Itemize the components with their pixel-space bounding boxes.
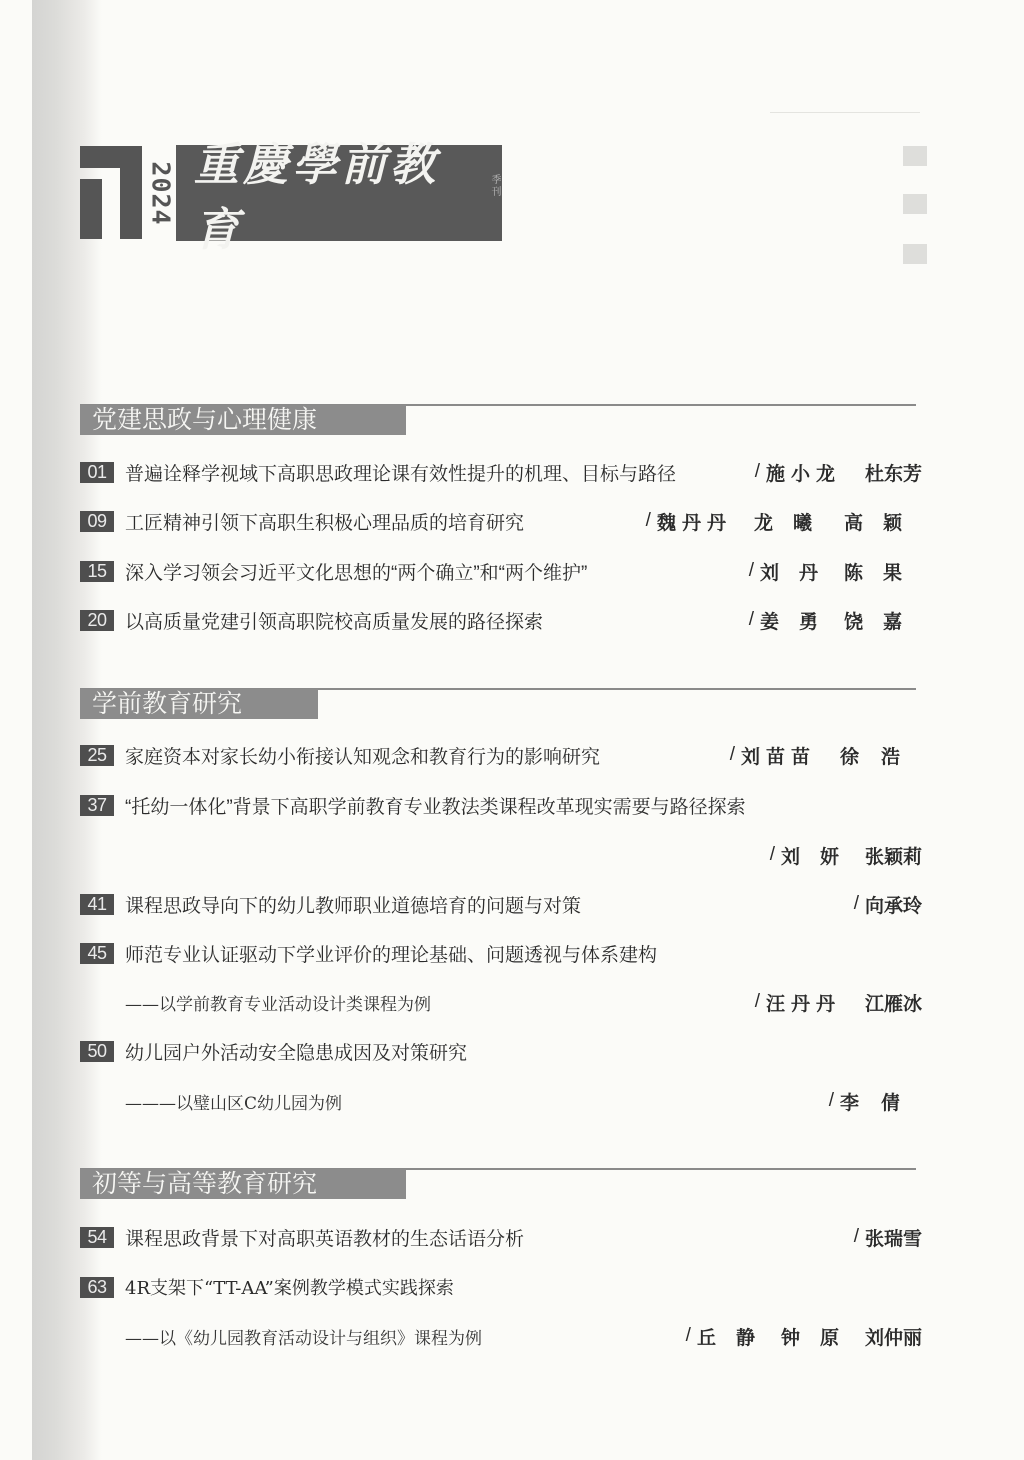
toc-entry-authors: / 刘妍 张颖莉	[80, 840, 922, 870]
ghost-mark	[903, 244, 927, 264]
author: 陈果	[844, 558, 922, 585]
page-number-badge: 50	[80, 1041, 114, 1062]
author-separator: /	[755, 991, 760, 1013]
article-title: “托幼一体化”背景下高职学前教育专业教法类课程改革现实需要与路径探索	[125, 792, 746, 819]
toc-entry[interactable]: 54 课程思政背景下对高职英语教材的生态话语分析 / 张瑞雪	[80, 1222, 922, 1252]
author-separator: /	[829, 1090, 834, 1112]
article-subtitle: ——以《幼儿园教育活动设计与组织》课程为例	[125, 1324, 482, 1349]
article-authors: / 向承玲	[854, 891, 922, 918]
toc-entry[interactable]: 15 深入学习领会习近平文化思想的“两个确立”和“两个维护” / 刘丹 陈果	[80, 556, 922, 586]
journal-title: 重慶學前教育	[194, 128, 479, 258]
toc-entry[interactable]: 41 课程思政导向下的幼儿教师职业道德培育的问题与对策 / 向承玲	[80, 889, 922, 919]
author-separator: /	[755, 461, 760, 483]
article-title: 课程思政背景下对高职英语教材的生态话语分析	[125, 1224, 524, 1251]
article-title: 以高质量党建引领高职院校高质量发展的路径探索	[125, 607, 543, 634]
author: 饶嘉	[844, 607, 922, 634]
page-edge	[0, 0, 32, 1460]
article-title: 深入学习领会习近平文化思想的“两个确立”和“两个维护”	[125, 558, 587, 585]
author-separator: /	[749, 560, 754, 582]
journal-masthead: 2024 重慶學前教育 季刊	[80, 143, 502, 241]
page-number-badge: 09	[80, 511, 114, 532]
article-subtitle: ——以学前教育专业活动设计类课程为例	[125, 990, 431, 1015]
page-number-badge: 37	[80, 795, 114, 816]
author: 施小龙	[766, 459, 841, 486]
article-authors: / 魏丹丹 龙曦 高颖	[646, 508, 922, 535]
author-separator: /	[770, 844, 775, 866]
author-separator: /	[646, 510, 651, 532]
article-authors: / 刘妍 张颖莉	[770, 842, 922, 869]
author: 姜勇	[760, 607, 838, 634]
article-authors: / 李倩	[829, 1088, 922, 1115]
page-number-badge: 63	[80, 1277, 114, 1298]
toc-entry[interactable]: 09 工匠精神引领下高职生积极心理品质的培育研究 / 魏丹丹 龙曦 高颖	[80, 506, 922, 536]
author: 杜东芳	[865, 459, 922, 486]
toc-entry[interactable]: 45 师范专业认证驱动下学业评价的理论基础、问题透视与体系建构	[80, 938, 922, 968]
article-authors: / 刘丹 陈果	[749, 558, 922, 585]
page-number-badge: 54	[80, 1227, 114, 1248]
ghost-mark	[903, 146, 927, 166]
article-title: 幼儿园户外活动安全隐患成因及对策研究	[125, 1038, 467, 1065]
author: 刘丹	[760, 558, 838, 585]
article-authors: / 刘苗苗 徐浩	[730, 742, 922, 769]
title-banner: 重慶學前教育 季刊	[176, 145, 502, 241]
toc-entry-subtitle: ——以《幼儿园教育活动设计与组织》课程为例 / 丘静 钟原 刘仲丽	[80, 1321, 922, 1351]
page-number-badge: 20	[80, 610, 114, 631]
page-number-badge: 41	[80, 894, 114, 915]
author-separator: /	[749, 609, 754, 631]
year-label: 2024	[146, 145, 176, 241]
author-separator: /	[686, 1325, 691, 1347]
author: 丘静	[697, 1323, 775, 1350]
article-authors: / 汪丹丹 江雁冰	[755, 989, 922, 1016]
article-authors: / 张瑞雪	[854, 1224, 922, 1251]
article-authors: / 丘静 钟原 刘仲丽	[686, 1323, 922, 1350]
author: 刘妍	[781, 842, 859, 869]
article-title: 普遍诠释学视域下高职思政理论课有效性提升的机理、目标与路径	[125, 459, 676, 486]
toc-entry[interactable]: 50 幼儿园户外活动安全隐患成因及对策研究	[80, 1036, 922, 1066]
author: 张颖莉	[865, 842, 922, 869]
toc-entry[interactable]: 25 家庭资本对家长幼小衔接认知观念和教育行为的影响研究 / 刘苗苗 徐浩	[80, 740, 922, 770]
issue-number-glyph	[120, 146, 142, 239]
toc-entry-subtitle: ———以璧山区C幼儿园为例 / 李倩	[80, 1086, 922, 1116]
author: 徐浩	[840, 742, 922, 769]
article-authors: / 施小龙 杜东芳	[755, 459, 922, 486]
article-title: 师范专业认证驱动下学业评价的理论基础、问题透视与体系建构	[125, 940, 657, 967]
section-heading: 初等与高等教育研究	[80, 1169, 406, 1199]
page-number-badge: 45	[80, 943, 114, 964]
ghost-rule	[770, 112, 920, 113]
toc-entry-subtitle: ——以学前教育专业活动设计类课程为例 / 汪丹丹 江雁冰	[80, 987, 922, 1017]
ghost-mark	[903, 194, 927, 214]
toc-entry[interactable]: 37 “托幼一体化”背景下高职学前教育专业教法类课程改革现实需要与路径探索	[80, 790, 922, 820]
author: 张瑞雪	[865, 1224, 922, 1251]
article-subtitle: ———以璧山区C幼儿园为例	[125, 1089, 342, 1114]
year-text: 2024	[147, 161, 176, 225]
author-separator: /	[730, 744, 735, 766]
article-authors: / 姜勇 饶嘉	[749, 607, 922, 634]
page-number-badge: 25	[80, 745, 114, 766]
issue-number-glyph	[80, 179, 102, 239]
author: 刘仲丽	[865, 1323, 922, 1350]
toc-entry[interactable]: 20 以高质量党建引领高职院校高质量发展的路径探索 / 姜勇 饶嘉	[80, 605, 922, 635]
author: 钟原	[781, 1323, 859, 1350]
article-title: 家庭资本对家长幼小衔接认知观念和教育行为的影响研究	[125, 742, 600, 769]
page-number-badge: 15	[80, 561, 114, 582]
article-title: 工匠精神引领下高职生积极心理品质的培育研究	[125, 508, 524, 535]
section-heading: 学前教育研究	[80, 689, 318, 719]
author: 李倩	[840, 1088, 922, 1115]
author: 魏丹丹	[657, 508, 732, 535]
article-title: 4R支架下“TT-AA”案例教学模式实践探索	[125, 1274, 454, 1300]
toc-entry[interactable]: 01 普遍诠释学视域下高职思政理论课有效性提升的机理、目标与路径 / 施小龙 杜…	[80, 457, 922, 487]
author: 江雁冰	[865, 989, 922, 1016]
frequency-label: 季刊	[487, 174, 502, 198]
author-separator: /	[854, 893, 859, 915]
author: 汪丹丹	[766, 989, 841, 1016]
author: 高颖	[844, 508, 922, 535]
author-separator: /	[854, 1226, 859, 1248]
author: 龙曦	[754, 508, 832, 535]
page-number-badge: 01	[80, 462, 114, 483]
section-heading: 党建思政与心理健康	[80, 405, 406, 435]
author: 向承玲	[865, 891, 922, 918]
toc-entry[interactable]: 63 4R支架下“TT-AA”案例教学模式实践探索	[80, 1272, 922, 1302]
article-title: 课程思政导向下的幼儿教师职业道德培育的问题与对策	[125, 891, 581, 918]
author: 刘苗苗	[741, 742, 816, 769]
